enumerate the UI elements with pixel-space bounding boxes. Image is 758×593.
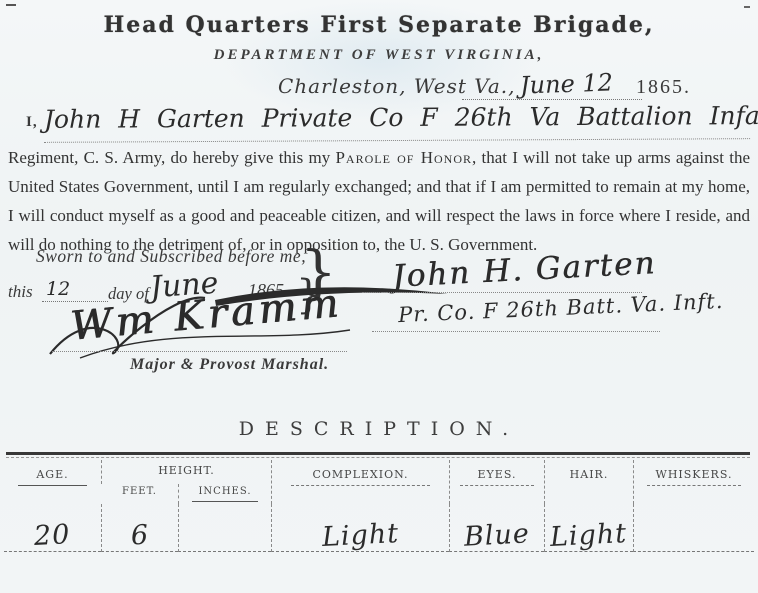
sworn-line: Sworn to and Subscribed before me, — [36, 246, 306, 267]
signer-signature-line — [362, 291, 642, 293]
value-whiskers — [633, 504, 754, 552]
eyes-header-underline — [460, 485, 533, 486]
col-header-eyes: EYES. — [449, 460, 544, 504]
complexion-header-underline — [291, 485, 429, 486]
value-age: 20 — [4, 504, 101, 552]
value-feet: 6 — [101, 504, 178, 552]
value-complexion: Light — [271, 504, 449, 552]
officer-signature-line — [52, 350, 347, 352]
parole-body-text: Regiment, C. S. Army, do hereby give thi… — [8, 143, 750, 259]
col-header-feet: FEET. — [101, 484, 178, 504]
signer-unit-line — [372, 330, 660, 332]
col-header-complexion: COMPLEXION. — [271, 460, 449, 504]
description-table: AGE. HEIGHT. FEET. INCHES. COMPLEXION. E… — [4, 460, 754, 552]
place-line: Charleston, West Va., — [278, 74, 516, 98]
section-rule — [6, 452, 750, 455]
scan-artifact — [744, 6, 750, 8]
whiskers-header-underline — [647, 485, 741, 486]
description-title: DESCRIPTION. — [0, 418, 758, 440]
year-printed: 1865. — [636, 76, 691, 99]
value-hair: Light — [544, 504, 633, 552]
parole-of-honor-phrase: Parole of Honor — [335, 148, 472, 167]
date-handwritten: June 12 — [520, 68, 614, 99]
parole-document: Head Quarters First Separate Brigade, DE… — [0, 0, 758, 593]
col-header-inches: INCHES. — [178, 484, 271, 504]
inches-header-underline — [192, 501, 258, 502]
officer-title: Major & Provost Marshal. — [130, 356, 329, 374]
department-line: DEPARTMENT OF WEST VIRGINIA, — [0, 47, 758, 64]
scan-artifact — [6, 4, 16, 6]
col-header-height: HEIGHT. — [101, 460, 271, 484]
col-header-whiskers: WHISKERS. — [633, 460, 754, 504]
col-header-age: AGE. — [4, 460, 101, 504]
age-header-underline — [18, 485, 88, 486]
value-eyes: Blue — [449, 504, 544, 552]
document-title: Head Quarters First Separate Brigade, — [0, 12, 758, 38]
body-text-before: Regiment, C. S. Army, do hereby give thi… — [8, 148, 335, 167]
value-inches — [178, 504, 271, 552]
col-header-hair: HAIR. — [544, 460, 633, 504]
lead-in: I, — [26, 114, 38, 131]
section-rule-shadow — [6, 457, 750, 458]
name-line-handwritten: John H Garten Private Co F 26th Va Batta… — [44, 101, 750, 143]
